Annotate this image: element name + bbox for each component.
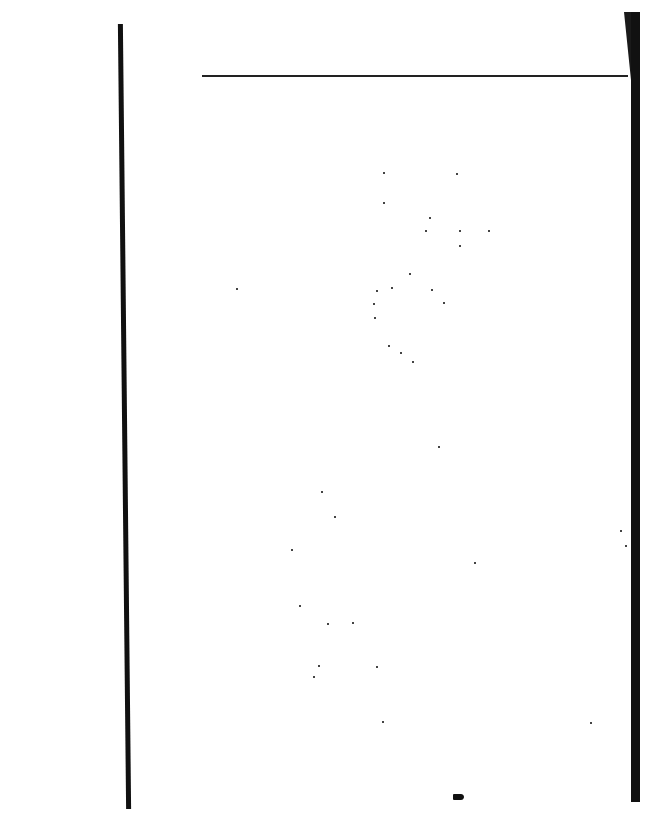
scan-mark	[453, 794, 464, 800]
speck	[438, 446, 440, 448]
speck	[425, 230, 427, 232]
speck	[373, 303, 375, 305]
speck	[291, 549, 293, 551]
speck	[236, 288, 238, 290]
speck	[400, 352, 402, 354]
speck	[383, 202, 385, 204]
speck	[443, 302, 445, 304]
speck	[383, 172, 385, 174]
speck	[412, 361, 414, 363]
speck	[388, 345, 390, 347]
header-rule	[202, 75, 628, 77]
speck	[431, 289, 433, 291]
page-right-edge	[631, 12, 640, 802]
speck	[590, 722, 592, 724]
speck	[488, 230, 490, 232]
speck	[376, 666, 378, 668]
speck	[459, 245, 461, 247]
speck	[429, 217, 431, 219]
speck	[625, 545, 627, 547]
speck	[374, 317, 376, 319]
speck	[459, 230, 461, 232]
speck	[382, 721, 384, 723]
speck	[620, 530, 622, 532]
speck	[456, 173, 458, 175]
speck	[313, 676, 315, 678]
speck	[474, 562, 476, 564]
speck	[352, 622, 354, 624]
speck	[334, 516, 336, 518]
speck	[318, 665, 320, 667]
scanned-page	[0, 0, 664, 827]
speck	[376, 290, 378, 292]
speck	[409, 273, 411, 275]
speck	[327, 623, 329, 625]
page-left-edge	[118, 24, 131, 809]
speck	[321, 491, 323, 493]
speck	[299, 605, 301, 607]
speck	[391, 287, 393, 289]
